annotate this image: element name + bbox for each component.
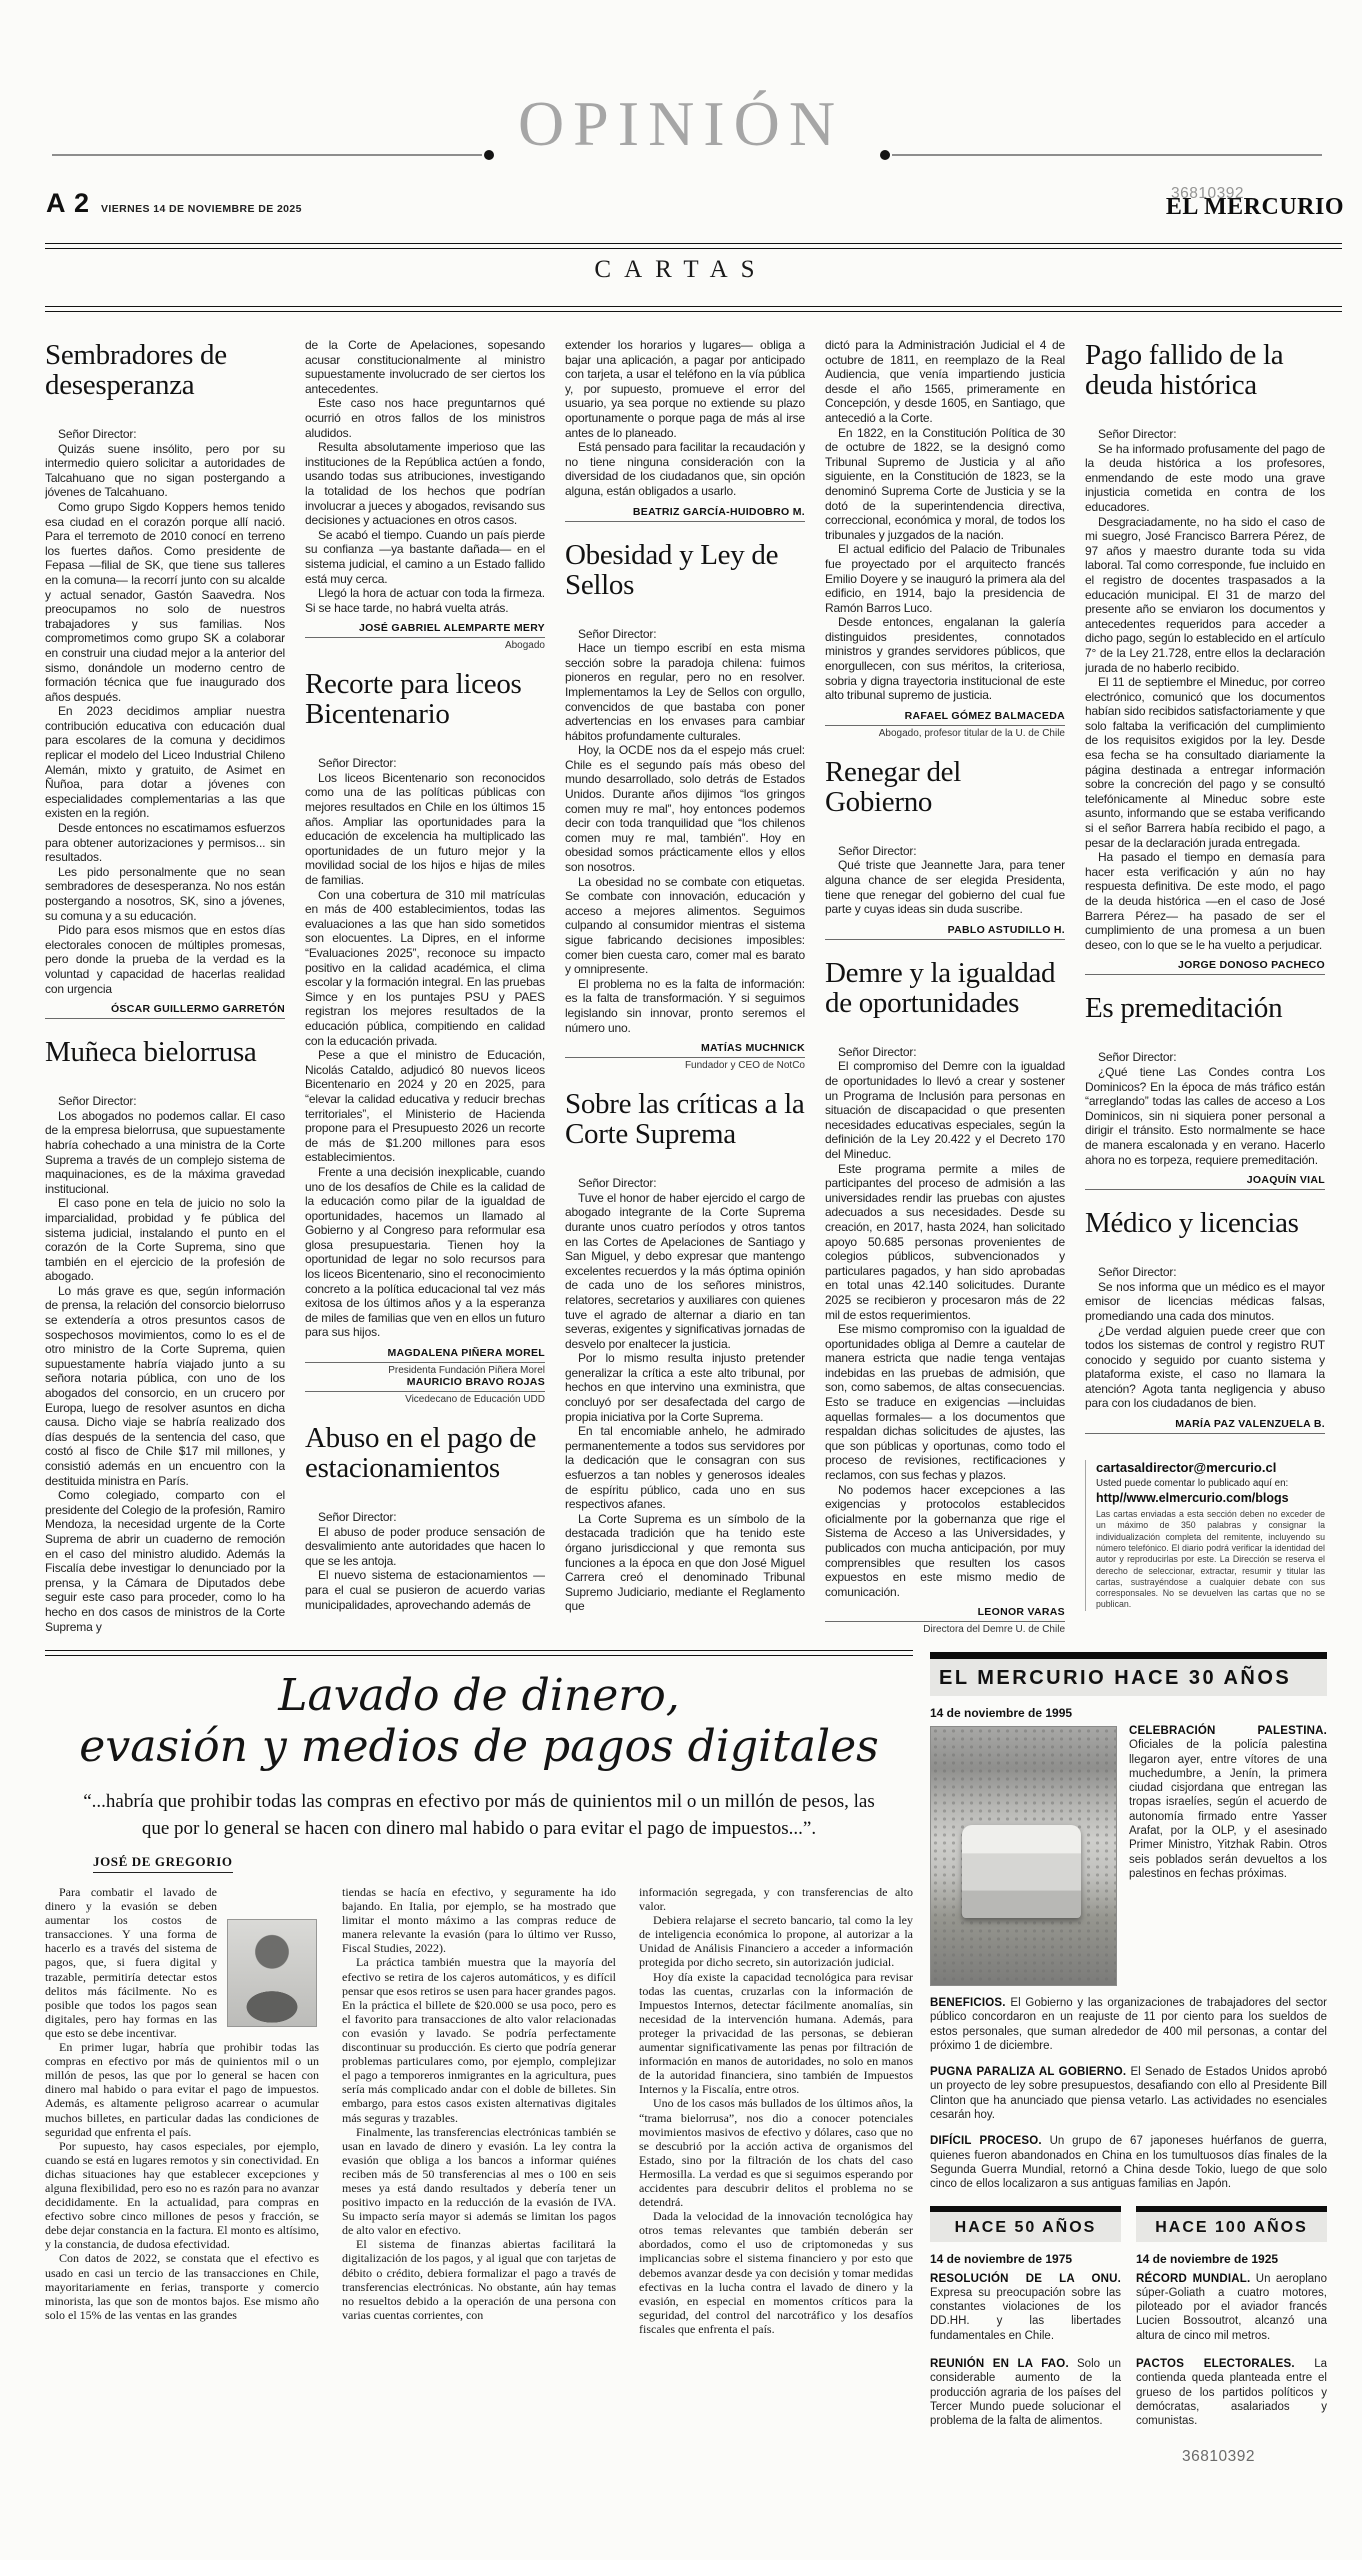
hace-30-items: BENEFICIOS. El Gobierno y las organizaci… [930,1996,1327,2192]
paragraph: información segregada, y con transferenc… [639,1885,913,1913]
double-rule [45,306,1342,312]
article-column-3: información segregada, y con transferenc… [639,1885,913,2336]
paragraph: La Corte Suprema es un símbolo de la des… [565,1512,805,1614]
edition-date: VIERNES 14 DE NOVIEMBRE DE 2025 [101,203,302,215]
letters-column-1: Sembradores de desesperanza Señor Direct… [45,338,285,1638]
decorative-rule-right [892,154,1322,156]
paragraph: Pido para esos mismos que en estos días … [45,923,285,996]
letter-body: Señor Director:Los liceos Bicentenario s… [305,756,545,1340]
double-rule [45,1650,913,1656]
paragraph: El 11 de septiembre el Mineduc, por corr… [1085,675,1325,850]
hace-30-right-column: CELEBRACIÓN PALESTINA. Oficiales de la p… [1129,1724,1327,1986]
paragraph: En 1822, en la Constitución Política de … [825,426,1065,543]
contact-note: Usted puede comentar lo publicado aquí e… [1096,1478,1325,1489]
letter-body: Señor Director:Quizás suene insólito, pe… [45,427,285,996]
paragraph: El abuso de poder produce sensación de d… [305,1525,545,1569]
paragraph: Llegó la hora de actuar con toda la firm… [305,586,545,615]
paragraph: En primer lugar, habría que prohibir tod… [45,2040,319,2139]
letter-title: Sobre las críticas a la Corte Suprema [565,1089,805,1149]
paragraph: La práctica también muestra que la mayor… [342,1955,616,2124]
paragraph: Uno de los casos más bullados de los últ… [639,2096,913,2209]
rule-dot-icon [880,150,890,160]
letter-title: Sembradores de desesperanza [45,340,285,400]
letter-continuation: de la Corte de Apelaciones, sopesando ac… [305,338,545,615]
watermark: 36810392 [1171,185,1244,203]
hace-100-date: 14 de noviembre de 1925 [1136,2252,1327,2266]
paragraph: El problema no es la falta de informació… [565,977,805,1035]
contact-url: http//www.elmercurio.com/blogs [1096,1491,1325,1505]
paragraph: Pese a que el ministro de Educación, Nic… [305,1048,545,1165]
paragraph: Señor Director: [825,844,1065,859]
paragraph: Desde entonces, engalanan la galería dis… [825,615,1065,703]
newspaper-page: OPINIÓN A 2 VIERNES 14 DE NOVIEMBRE DE 2… [0,0,1362,2560]
news-item: PUGNA PARALIZA AL GOBIERNO. El Senado de… [930,2065,1327,2122]
section-title: OPINIÓN [0,92,1362,156]
rule-dot-icon [484,150,494,160]
news-item: REUNIÓN EN LA FAO. Solo un considerable … [930,2357,1121,2428]
article-byline: JOSÉ DE GREGORIO [93,1854,233,1873]
article-title: Lavado de dinero, evasión y medios de pa… [45,1670,913,1772]
paragraph: Por lo mismo resulta injusto pretender g… [565,1351,805,1424]
hace-100-anos-box: HACE 100 AÑOS 14 de noviembre de 1925 RÉ… [1136,2206,1327,2443]
news-item: CELEBRACIÓN PALESTINA. Oficiales de la p… [1129,1724,1327,1881]
letter-title: Abuso en el pago de estacionamientos [305,1423,545,1483]
paragraph: Dada la velocidad de la innovación tecno… [639,2209,913,2336]
historic-photo [930,1726,1117,1986]
letter-title: Demre y la igualdad de oportunidades [825,958,1065,1018]
paragraph: Con datos de 2022, se constata que el ef… [45,2251,319,2321]
paragraph: Como colegiado, comparto con el presiden… [45,1488,285,1634]
signature: ÓSCAR GUILLERMO GARRETÓN [45,1003,285,1019]
article-body: Para combatir el lavado de dinero y la e… [45,1885,913,2336]
anniversary-boxes: HACE 50 AÑOS 14 de noviembre de 1975 RES… [930,2206,1327,2443]
paragraph: Señor Director: [305,1510,545,1525]
signature: RAFAEL GÓMEZ BALMACEDA Abogado, profesor… [825,710,1065,739]
letters-column-4: dictó para la Administración Judicial el… [825,338,1065,1638]
paragraph: Ese mismo compromiso con la igualdad de … [825,1322,1065,1483]
paragraph: Finalmente, las transferencias electróni… [342,2125,616,2238]
paragraph: Les pido personalmente que no sean sembr… [45,865,285,923]
paragraph: Señor Director: [1085,1050,1325,1065]
letter-body: Señor Director:El abuso de poder produce… [305,1510,545,1612]
letters-column-2: de la Corte de Apelaciones, sopesando ac… [305,338,545,1638]
paragraph: Lo más grave es que, según información d… [45,1284,285,1488]
paragraph: Hace un tiempo escribí en esta misma sec… [565,641,805,743]
signature: MAGDALENA PIÑERA MOREL Presidenta Fundac… [305,1347,545,1405]
author-portrait [227,1919,317,2027]
paragraph: ¿Qué tiene Las Condes contra Los Dominic… [1085,1065,1325,1167]
paragraph: El nuevo sistema de estacionamientos —pa… [305,1568,545,1612]
paragraph: Hoy día existe la capacidad tecnológica … [639,1970,913,2097]
article-pull-quote: “...habría que prohibir todas las compra… [71,1789,887,1842]
hace-30-top-row: 14 de noviembre de 1995 CELEBRACIÓN PALE… [930,1696,1327,1986]
paragraph: Se acabó el tiempo. Cuando un país pierd… [305,528,545,586]
paragraph: Los abogados no podemos callar. El caso … [45,1109,285,1197]
signature: LEONOR VARAS Directora del Demre U. de C… [825,1606,1065,1635]
paragraph: El sistema de finanzas abiertas facilita… [342,2237,616,2322]
hace-50-header: HACE 50 AÑOS [930,2206,1121,2242]
contact-email: cartasaldirector@mercurio.cl [1096,1460,1325,1475]
photo-bus-shape [962,1825,1080,1918]
signature: PABLO ASTUDILLO H. [825,924,1065,940]
paragraph: Está pensado para facilitar la recaudaci… [565,440,805,498]
letter-continuation: extender los horarios y lugares— obliga … [565,338,805,499]
signature: BEATRIZ GARCÍA-HUIDOBRO M. [565,506,805,522]
signature: JOSÉ GABRIEL ALEMPARTE MERY Abogado [305,622,545,651]
paragraph: de la Corte de Apelaciones, sopesando ac… [305,338,545,396]
signature: MARÍA PAZ VALENZUELA B. [1085,1418,1325,1434]
signature: MATÍAS MUCHNICK Fundador y CEO de NotCo [565,1042,805,1071]
letter-body: Señor Director:El compromiso del Demre c… [825,1045,1065,1600]
letter-title: Médico y licencias [1085,1208,1325,1238]
letter-title: Recorte para liceos Bicentenario [305,669,545,729]
feature-article: Lavado de dinero, evasión y medios de pa… [45,1668,913,2548]
paragraph: tiendas se hacía en efectivo, y segurame… [342,1885,616,1955]
news-item: RESOLUCIÓN DE LA ONU. Expresa su preocup… [930,2272,1121,2343]
paragraph: Se nos informa que un médico es el mayor… [1085,1280,1325,1324]
paragraph: El caso pone en tela de juicio no solo l… [45,1196,285,1284]
letters-column-3: extender los horarios y lugares— obliga … [565,338,805,1638]
letters-contact-box: cartasaldirector@mercurio.cl Usted puede… [1085,1460,1325,1611]
paragraph: extender los horarios y lugares— obliga … [565,338,805,440]
paragraph: No podemos hacer excepciones a las exige… [825,1483,1065,1600]
letter-title: Renegar del Gobierno [825,757,1065,817]
paragraph: Por supuesto, hay casos especiales, por … [45,2139,319,2252]
paragraph: Señor Director: [305,756,545,771]
letter-body: Señor Director:¿Qué tiene Las Condes con… [1085,1050,1325,1167]
paragraph: dictó para la Administración Judicial el… [825,338,1065,426]
letters-column-5: Pago fallido de la deuda histórica Señor… [1085,338,1325,1638]
watermark: 36810392 [1182,2448,1255,2466]
paragraph: Señor Director: [825,1045,1065,1060]
paragraph: Señor Director: [1085,1265,1325,1280]
hace-50-date: 14 de noviembre de 1975 [930,2252,1121,2266]
letter-body: Señor Director:Se ha informado profusame… [1085,427,1325,952]
paragraph: El actual edificio del Palacio de Tribun… [825,542,1065,615]
hace-30-anos-section: EL MERCURIO HACE 30 AÑOS 14 de noviembre… [930,1652,1327,2547]
hace-30-header: EL MERCURIO HACE 30 AÑOS [930,1652,1327,1696]
letter-body: Señor Director:Los abogados no podemos c… [45,1094,285,1634]
letter-body: Señor Director:Tuve el honor de haber ej… [565,1176,805,1614]
letter-body: Señor Director:Hace un tiempo escribí en… [565,627,805,1036]
news-item: RÉCORD MUNDIAL. Un aeroplano súper-Golia… [1136,2272,1327,2343]
news-item: BENEFICIOS. El Gobierno y las organizaci… [930,1996,1327,2053]
paragraph: Debiera relajarse el secreto bancario, t… [639,1913,913,1969]
paragraph: Señor Director: [45,1094,285,1109]
paragraph: Señor Director: [565,627,805,642]
paragraph: Este programa permite a miles de partici… [825,1162,1065,1323]
signature: JORGE DONOSO PACHECO [1085,959,1325,975]
paragraph: Ha pasado el tiempo en demasía para hace… [1085,850,1325,952]
hace-100-header: HACE 100 AÑOS [1136,2206,1327,2242]
paragraph: Señor Director: [565,1176,805,1191]
letter-title: Muñeca bielorrusa [45,1037,285,1067]
paragraph: Con una cobertura de 310 mil matrículas … [305,888,545,1049]
letter-body: Señor Director:Se nos informa que un méd… [1085,1265,1325,1411]
paragraph: Señor Director: [1085,427,1325,442]
paragraph: En 2023 decidimos ampliar nuestra contri… [45,704,285,821]
paragraph: Este caso nos hace preguntarnos qué ocur… [305,396,545,440]
paragraph: Frente a una decisión inexplicable, cuan… [305,1165,545,1340]
paragraph: Se ha informado profusamente del pago de… [1085,442,1325,515]
article-column-2: tiendas se hacía en efectivo, y segurame… [342,1885,616,2336]
double-rule [45,243,1342,249]
decorative-rule-left [52,154,482,156]
hace-30-photo-block: 14 de noviembre de 1995 [930,1696,1117,1986]
letter-continuation: dictó para la Administración Judicial el… [825,338,1065,703]
signature: JOAQUÍN VIAL [1085,1174,1325,1190]
paragraph: Como grupo Sigdo Koppers hemos tenido es… [45,500,285,704]
paragraph: Resulta absolutamente imperioso que las … [305,440,545,528]
subsection-title: CARTAS [0,256,1362,284]
page-number: A 2 [46,188,90,219]
paragraph: Qué triste que Jeannette Jara, para tene… [825,858,1065,916]
paragraph: En tal encomiable anhelo, he admirado pe… [565,1424,805,1512]
news-item: DIFÍCIL PROCESO. Un grupo de 67 japonese… [930,2134,1327,2191]
hace-50-anos-box: HACE 50 AÑOS 14 de noviembre de 1975 RES… [930,2206,1121,2443]
paragraph: Hoy, la OCDE nos da el espejo más cruel:… [565,743,805,874]
paragraph: Desde entonces no escatimamos esfuerzos … [45,821,285,865]
letter-title: Obesidad y Ley de Sellos [565,540,805,600]
paragraph: ¿De verdad alguien puede creer que con t… [1085,1324,1325,1412]
paragraph: Desgraciadamente, no ha sido el caso de … [1085,515,1325,676]
paragraph: Tuve el honor de haber ejercido el cargo… [565,1191,805,1352]
letter-title: Es premeditación [1085,993,1325,1023]
letters-policy: Las cartas enviadas a esta sección deben… [1096,1509,1325,1611]
paragraph: La obesidad no se combate con etiquetas.… [565,875,805,977]
paragraph: Señor Director: [45,427,285,442]
hace-30-date: 14 de noviembre de 1995 [930,1706,1117,1720]
paragraph: Los liceos Bicentenario son reconocidos … [305,771,545,888]
article-column-1: Para combatir el lavado de dinero y la e… [45,1885,319,2336]
paragraph: Quizás suene insólito, pero por su inter… [45,442,285,500]
paragraph: El compromiso del Demre con la igualdad … [825,1059,1065,1161]
folio: A 2 VIERNES 14 DE NOVIEMBRE DE 2025 [46,188,302,219]
news-item: PACTOS ELECTORALES. La contienda queda p… [1136,2357,1327,2428]
letter-body: Señor Director:Qué triste que Jeannette … [825,844,1065,917]
letters-section: Sembradores de desesperanza Señor Direct… [45,338,1325,1638]
letter-title: Pago fallido de la deuda histórica [1085,340,1325,400]
